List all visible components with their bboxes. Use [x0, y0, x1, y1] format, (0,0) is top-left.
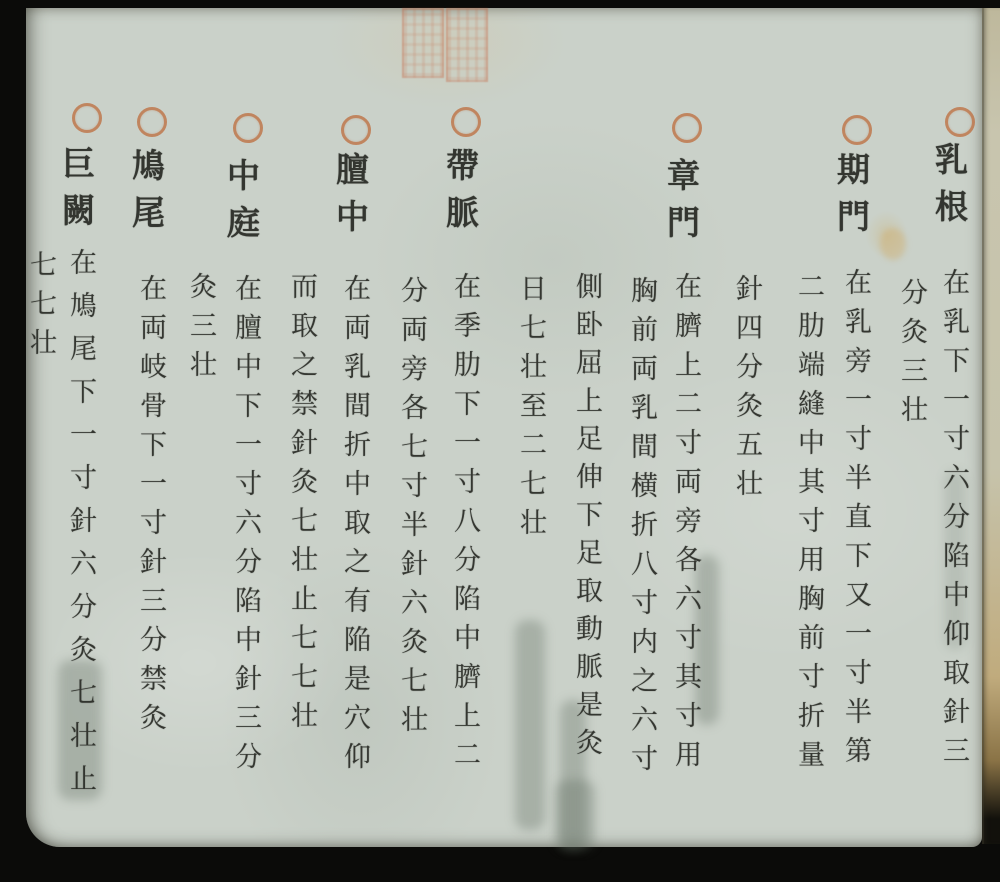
vermillion-circle-icon [341, 115, 371, 145]
entry-name: 中庭 [221, 158, 265, 252]
entry-line: 在臍上二寸両旁各六寸其寸用 [661, 272, 705, 779]
entry-line: 針四分灸五壮 [722, 274, 766, 508]
entry-line: 灸三壮 [176, 272, 220, 389]
entry-line: 在鳩尾下一寸針六分灸七壮止 [56, 248, 100, 807]
entry-line: 分両旁各七寸半針六灸七壮 [387, 276, 431, 744]
vermillion-circle-icon [72, 103, 102, 133]
entry-line: 七七壮 [16, 250, 60, 367]
scan-background: { "manuscript": { "title_note": "", "ent… [0, 0, 1000, 882]
red-seal-right-square [446, 8, 488, 82]
entry-line: 在乳下一寸六分陷中仰取針三 [929, 268, 973, 775]
ink-bleedthrough-smudge [515, 620, 545, 830]
red-seal-stamp [401, 6, 487, 80]
vermillion-circle-icon [451, 107, 481, 137]
entry-line: 分灸三壮 [887, 278, 931, 434]
entry-line: 在季肋下一寸八分陷中臍上二 [440, 272, 484, 779]
entry-name: 巨闕 [56, 146, 100, 240]
entry-line: 胸前両乳間横折八寸内之六寸 [617, 276, 661, 783]
entry-name: 乳根 [929, 142, 973, 236]
vermillion-circle-icon [233, 113, 263, 143]
entry-name: 章門 [661, 158, 705, 252]
entry-line: 在膻中下一寸六分陷中針三分 [221, 274, 265, 781]
entry-line: 在乳旁一寸半直下又一寸半第 [831, 268, 875, 775]
paper-stain [880, 228, 906, 260]
entry-name: 鳩尾 [126, 148, 170, 242]
entry-line: 在両乳間折中取之有陥是穴仰 [330, 274, 374, 781]
entry-line: 在両岐骨下一寸針三分禁灸 [126, 274, 170, 742]
vermillion-circle-icon [945, 107, 975, 137]
vermillion-circle-icon [842, 115, 872, 145]
entry-name: 帶脈 [440, 148, 484, 242]
entry-line: 而取之禁針灸七壮止七七壮 [277, 272, 321, 740]
ink-bleedthrough-smudge [555, 780, 595, 850]
entry-line: 二肋端縫中其寸用胸前寸折量 [784, 272, 828, 779]
entry-name: 期門 [831, 152, 875, 246]
vermillion-circle-icon [672, 113, 702, 143]
entry-line: 側卧屈上足伸下足取動脈是灸 [562, 272, 606, 766]
vermillion-circle-icon [137, 107, 167, 137]
entry-name: 膻中 [330, 152, 374, 246]
red-seal-left-square [402, 8, 444, 78]
page-edge [982, 8, 1000, 844]
entry-line: 日七壮至二七壮 [506, 274, 550, 547]
